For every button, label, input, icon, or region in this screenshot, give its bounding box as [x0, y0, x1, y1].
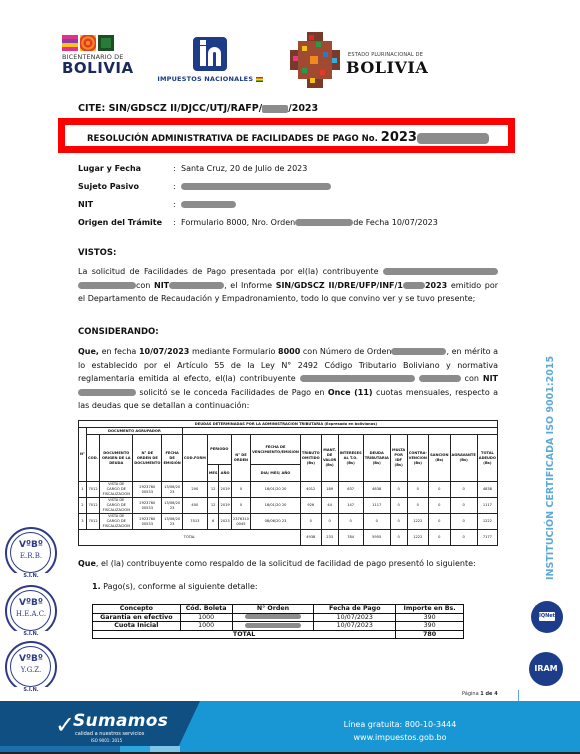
redacted-block — [181, 201, 236, 208]
redacted-block — [245, 623, 301, 628]
respaldo-item-1: 1. Pago(s), conforme al siguiente detall… — [92, 580, 512, 594]
header-sancion: SANCION (Bs) — [429, 435, 450, 482]
vobo-stamp-erb: VºBº E.R.B. S.I.N. — [5, 527, 57, 579]
considerando-heading: CONSIDERANDO: — [78, 327, 159, 337]
info-origen-tramite: Origen del Trámite:Formulario 8000, Nro.… — [78, 218, 438, 227]
info-nit: NIT: — [78, 200, 236, 209]
page-number: Página 1 de 4 — [462, 691, 498, 697]
header-deuda: DEUDA TRIBUTARIA (Bs) — [363, 435, 390, 482]
debt-table: DEUDAS DETERMINADAS POR LA ADMINISTRACIO… — [78, 420, 498, 546]
header-contravencion: CONTRA-VENCION (Bs) — [407, 435, 429, 482]
header-cod: COD. — [86, 435, 99, 482]
header-n: N° — [79, 428, 87, 482]
header-fecha-emision: FECHA DE EMISIÓN — [162, 435, 183, 482]
header-agravante: AGRAVANTE (Bs) — [450, 435, 477, 482]
table-row: 27012VISTA DE CARGO DE FISCALIZACION2923… — [79, 498, 498, 514]
table-total-row: TOTAL 4938233784595501222007177 — [79, 530, 498, 546]
redacted-block — [181, 183, 331, 190]
header-periodo: PERIODO — [207, 435, 231, 465]
table-row: Cuota Inicial 1000 10/07/2023 390 — [93, 622, 464, 631]
bicentenario-tiles-icon — [62, 35, 142, 51]
header-intereses: INTERESES AL T.O. (Bs) — [338, 435, 363, 482]
chakana-icon — [290, 32, 340, 88]
header-anio: AÑO — [219, 465, 231, 482]
redacted-block — [391, 348, 446, 355]
header-dia-mes-anio: DIA/ MES/ AÑO — [251, 465, 301, 482]
bicentenario-logo: BICENTENARIO DE BOLIVIA — [62, 35, 142, 87]
header-multa: MULTA POR IDF (Bs) — [390, 435, 407, 482]
info-sujeto-pasivo: Sujeto Pasivo: — [78, 182, 331, 191]
respaldo-paragraph: Que, el (la) contribuyente como respaldo… — [78, 557, 498, 571]
estado-big-text: BOLIVIA — [346, 58, 428, 77]
debt-table-title: DEUDAS DETERMINADAS POR LA ADMINISTRACIO… — [79, 421, 498, 428]
redacted-block — [403, 282, 425, 289]
redacted-block — [245, 614, 301, 619]
header-mes: MES — [207, 465, 219, 482]
header-cod-form: COD.FORM — [182, 435, 207, 482]
redacted-block — [169, 282, 224, 289]
header-documento-agrupador: DOCUMENTO AGRUPADOR — [86, 428, 182, 435]
footer-banner: ✓ Sumamos calidad a nuestros servicios I… — [0, 701, 580, 752]
iso-certification-text: INSTITUCIÓN CERTIFICADA ISO 9001:2015 — [545, 356, 556, 580]
payment-table: Concepto Cód. Boleta N° Orden Fecha de P… — [92, 604, 464, 639]
vistos-heading: VISTOS: — [78, 248, 116, 258]
redacted-block — [78, 282, 136, 289]
estado-plurinacional-logo: ESTADO PLURINACIONAL DE BOLIVIA — [290, 32, 435, 90]
table-row: 37012VISTA DE CARGO DE FISCALIZACION2923… — [79, 514, 498, 530]
iqnet-logo: IQNet — [531, 601, 563, 633]
vobo-stamp-heac: VºBº H.E.A.C. S.I.N. — [5, 585, 57, 637]
redacted-block — [262, 105, 288, 113]
info-lugar-fecha: Lugar y Fecha:Santa Cruz, 20 de Julio de… — [78, 164, 307, 173]
vistos-paragraph: La solicitud de Facilidades de Pago pres… — [78, 265, 498, 306]
table-total-row: TOTAL 780 — [93, 630, 464, 639]
header-fecha-venc: FECHA DE VENCIMIENTO/EMISION — [251, 435, 301, 465]
footer-phone: Línea gratuita: 800-10-3444 — [320, 720, 480, 729]
header-n-orden-doc: N° DE ORDEN DE DOCUMENTO — [133, 435, 162, 482]
redacted-block — [383, 268, 498, 275]
considerando-paragraph: Que, en fecha 10/07/2023 mediante Formul… — [78, 345, 498, 413]
header-fecha-pago: Fecha de Pago — [314, 605, 396, 614]
header-cod-boleta: Cód. Boleta — [180, 605, 232, 614]
in-logo-icon — [193, 37, 227, 71]
header-mant: MANT. DE VALOR (Bs) — [321, 435, 338, 482]
redacted-block — [300, 375, 415, 382]
header-tributo: TRIBUTO OMITIDO (Bs) — [300, 435, 321, 482]
footer-website[interactable]: www.impuestos.gob.bo — [320, 733, 480, 742]
resolution-title: RESOLUCIÓN ADMINISTRATIVA DE FACILIDADES… — [87, 130, 489, 145]
bicentenario-big-text: BOLIVIA — [62, 61, 142, 76]
header-doc-origen: DOCUMENTO ORIGEN DE LA DEUDA — [100, 435, 133, 482]
table-row: Garantia en efectivo 1000 10/07/2023 390 — [93, 613, 464, 622]
redacted-block — [417, 133, 489, 144]
redacted-block — [419, 375, 461, 382]
header-n-orden: N° Orden — [232, 605, 314, 614]
redacted-block — [78, 389, 136, 396]
cite-reference: CITE: SIN/GDSCZ II/DJCC/UTJ/RAFP//2023 — [78, 103, 318, 114]
header-concepto: Concepto — [93, 605, 181, 614]
header-importe: Importe en Bs. — [396, 605, 464, 614]
table-row: 17012VISTA DE CARGO DE FISCALIZACION2923… — [79, 482, 498, 498]
redacted-block — [295, 219, 353, 226]
impuestos-nacionales-logo: IMPUESTOS NACIONALES — [155, 37, 265, 87]
vobo-stamp-ygz: VºBº Y.G.Z. S.I.N. — [5, 641, 57, 693]
header-n-orden: N° DE ORDEN — [231, 435, 250, 482]
impuestos-nacionales-text: IMPUESTOS NACIONALES — [155, 75, 265, 83]
header-total: TOTAL ADEUDO (Bs) — [477, 435, 497, 482]
iram-logo: IRAM — [529, 652, 563, 686]
resolution-title-box: RESOLUCIÓN ADMINISTRATIVA DE FACILIDADES… — [58, 118, 515, 153]
